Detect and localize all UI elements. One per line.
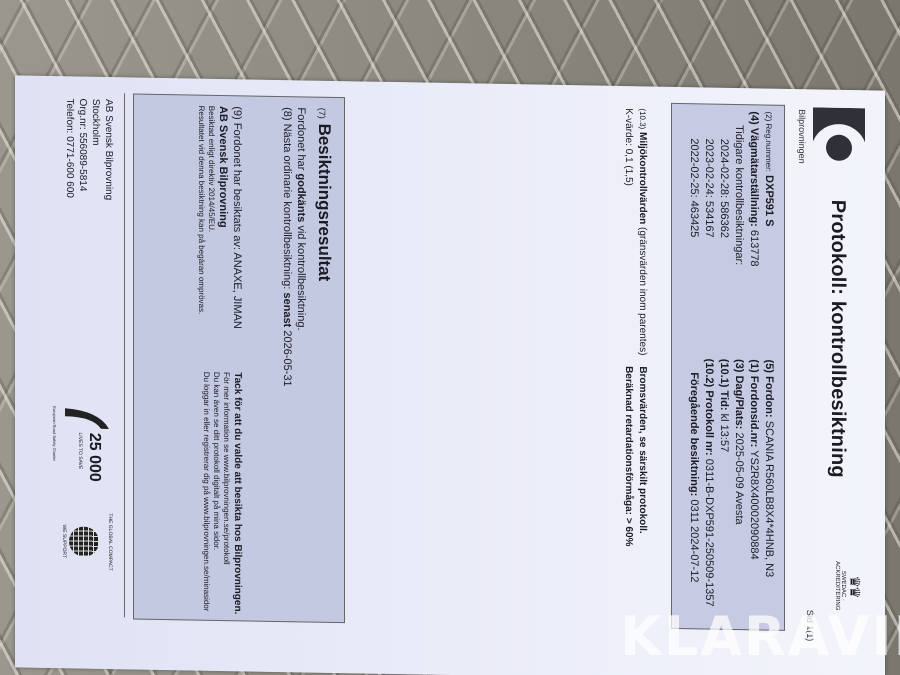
brakes-line: Bromsvärden, se särskilt protokoll. bbox=[635, 366, 649, 547]
prev-inspection-value: 0311 2024-07-12 bbox=[688, 499, 700, 582]
latest-text: senast bbox=[281, 292, 293, 327]
vehicle-value: SCANIA R560LB8X4*4HNB, N3 bbox=[763, 421, 775, 578]
time-value: kl 13:57 bbox=[718, 414, 730, 453]
environment-section: (10.3) Miljökontrollvärden (gränsvärden … bbox=[621, 108, 649, 356]
date-label: (3) Dag/Plats: bbox=[733, 359, 745, 430]
vehicle-info-left: (2) Reg.nummer: DXP591 S (4) Vägmätarstä… bbox=[686, 110, 776, 362]
date-value: 2025-05-09 Avesta bbox=[733, 432, 745, 524]
vin-value: YS2R8X40002090884 bbox=[748, 450, 760, 560]
footer-company: AB Svensk Bilprovning bbox=[102, 99, 115, 200]
globe-icon bbox=[69, 526, 99, 557]
env-note: (gränsvärden inom parentes) bbox=[637, 227, 648, 356]
gc-name: THE GLOBAL COMPACT bbox=[107, 507, 113, 577]
result-line1-pre: Fordonet har bbox=[295, 107, 307, 173]
thanks-line: Du loggar in eller registrerar dig på ww… bbox=[201, 372, 211, 632]
footer-org: Org.nr: 556089-5814 bbox=[76, 98, 89, 199]
result-num: (7) bbox=[317, 108, 327, 119]
previous-inspection: 2023-02-24: 534167 bbox=[701, 110, 716, 360]
previous-inspections-label: Tidigare kontrollbesiktningar: bbox=[731, 111, 746, 361]
charter-sub: LIVES TO SAVE bbox=[77, 432, 83, 469]
result-line1-post: vid kontrollbesiktning. bbox=[295, 222, 307, 330]
brand-name: Bilprovningen bbox=[797, 109, 807, 164]
directive: Besiktad enligt direktiv 2014/45/EU. bbox=[206, 106, 216, 329]
next-inspection-label: (8) Nästa ordinarie kontrollbesiktning: bbox=[281, 107, 293, 292]
road-safety-charter-logo: 25 000 LIVES TO SAVE European Road Safet… bbox=[45, 406, 115, 487]
inspection-protocol-document: Bilprovningen Protokoll: kontrollbesiktn… bbox=[15, 75, 885, 675]
result-text: Fordonet har godkänts vid kontrollbesikt… bbox=[280, 107, 308, 387]
brakes-section: Bromsvärden, se särskilt protokoll. Berä… bbox=[621, 366, 649, 547]
thanks-heading: Tack för att du valde att besikta hos Bi… bbox=[231, 372, 244, 632]
logo-c-icon bbox=[809, 107, 869, 168]
footer-city: Stockholm bbox=[89, 99, 102, 200]
odometer-label: (4) Vägmätarställning: bbox=[748, 111, 760, 227]
road-icon bbox=[65, 406, 109, 429]
footer-phone: Telefon: 0771-600 600 bbox=[63, 98, 76, 199]
thanks-line: För mer information se www.bilprovningen… bbox=[221, 372, 231, 632]
global-compact-logo: THE GLOBAL COMPACT WE SUPPORT bbox=[43, 506, 113, 577]
k-value: K-värde: 0,1 (1,5) bbox=[621, 108, 635, 355]
result-heading-text: Besiktningsresultat bbox=[315, 123, 334, 281]
thanks-block: Tack för att du valde att besikta hos Bi… bbox=[201, 372, 244, 633]
result-heading: (7) Besiktningsresultat bbox=[314, 108, 334, 282]
company: AB Svensk Bilprovning bbox=[216, 106, 230, 329]
vehicle-label: (5) Fordon: bbox=[763, 359, 775, 417]
env-heading: Miljökontrollvärden bbox=[637, 132, 648, 224]
retardation-line: Beräknad retardationsförmåga: > 60% bbox=[621, 366, 635, 547]
bilprovningen-logo bbox=[809, 107, 869, 168]
previous-inspection: 2024-02-28: 586362 bbox=[716, 111, 731, 361]
vehicle-info-right: (5) Fordon: SCANIA R560LB8X4*4HNB, N3 (1… bbox=[686, 358, 776, 630]
company-address: AB Svensk Bilprovning Stockholm Org.nr: … bbox=[63, 98, 115, 200]
reg-value: DXP591 S bbox=[763, 175, 775, 227]
gc-sub: WE SUPPORT bbox=[61, 506, 67, 576]
vehicle-info-box: (2) Reg.nummer: DXP591 S (4) Vägmätarstä… bbox=[671, 103, 785, 631]
prev-inspection-label: Föregående besiktning: bbox=[688, 372, 700, 496]
env-num: (10.3) bbox=[638, 108, 647, 129]
page-title: Protokoll: kontrollbesiktning bbox=[826, 200, 849, 478]
previous-inspection: 2022-02-25: 463425 bbox=[686, 110, 701, 360]
appeal-note: Resultatet vid denna besiktning kan på b… bbox=[196, 106, 206, 329]
inspector-block: (9) Fordonet har besiktats av: ANAXE, JI… bbox=[196, 106, 244, 329]
watermark: KLARAVIK bbox=[620, 605, 900, 668]
reg-label: (2) Reg.nummer: bbox=[764, 111, 773, 172]
vin-label: (1) Fordonsid.nr: bbox=[748, 359, 760, 447]
thanks-line: Du kan även se ditt protokoll digitalt p… bbox=[211, 372, 221, 632]
odometer-value: 613778 bbox=[748, 230, 760, 267]
charter-name: European Road Safety Charter bbox=[52, 406, 57, 486]
charter-number: 25 000 bbox=[85, 433, 103, 482]
approved-text: godkänts bbox=[295, 173, 307, 222]
protocol-value: 0311-B-DXP591-250509-1357 bbox=[703, 459, 715, 607]
time-label: (10.1) Tid: bbox=[718, 359, 730, 411]
result-box: (7) Besiktningsresultat Fordonet har god… bbox=[133, 93, 345, 623]
next-inspection-date: 2026-05-31 bbox=[281, 327, 293, 387]
protocol-label: (10.2) Protokoll nr: bbox=[703, 358, 715, 455]
inspector: (9) Fordonet har besiktats av: ANAXE, JI… bbox=[230, 106, 244, 329]
footer-divider bbox=[124, 93, 125, 617]
